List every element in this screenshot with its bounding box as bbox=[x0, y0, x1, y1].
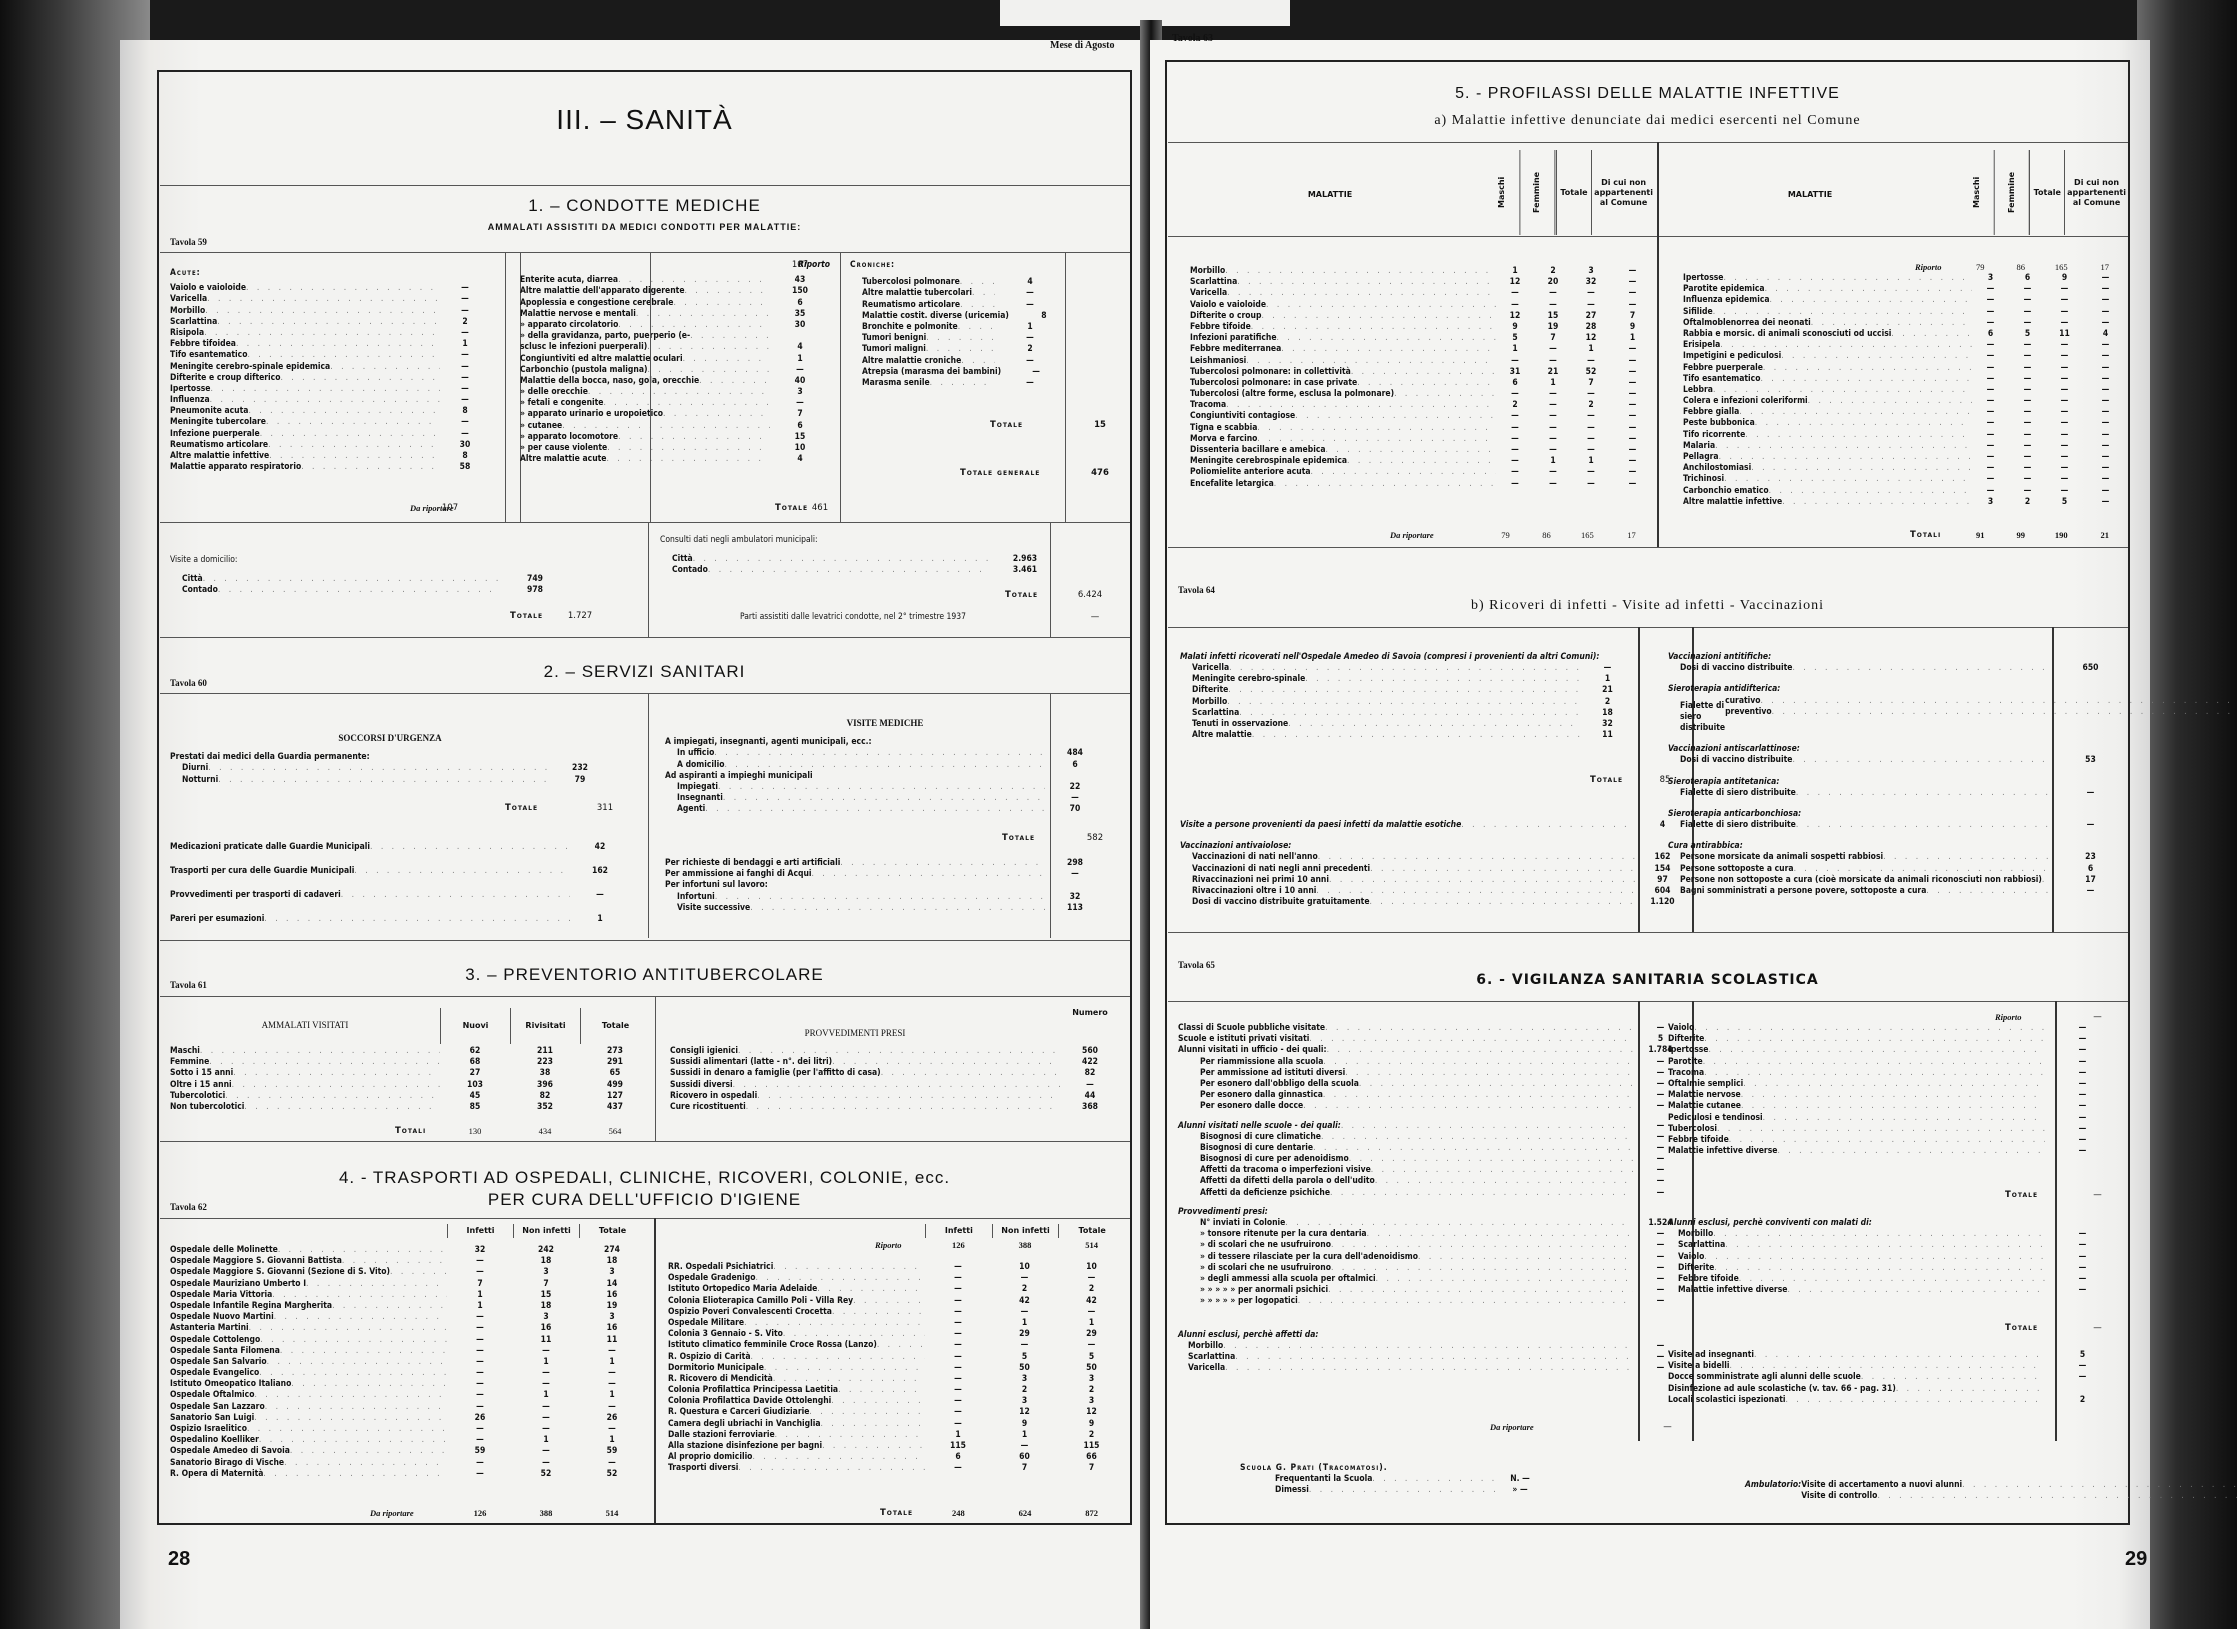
malattia-cell: — bbox=[1972, 295, 2009, 306]
malati-row: Tenuti in osservazione32 bbox=[1192, 719, 1635, 730]
scuole-label: Bisognosi di cure climatiche bbox=[1200, 1132, 1321, 1143]
acute-value: 30 bbox=[440, 440, 490, 451]
vigilanza-malattia-label: Oftalmie semplici bbox=[1668, 1079, 1743, 1090]
provvedimento-value: 82 bbox=[1060, 1068, 1120, 1079]
conviventi-total-label: Totale bbox=[2005, 1323, 2038, 1333]
trasporto-row: RR. Ospedali Psichiatrici—1010 bbox=[668, 1262, 1125, 1273]
ufficio-row: Per ammissione ad istituti diversi— bbox=[1200, 1068, 1688, 1079]
condotte-title: 1. – CONDOTTE MEDICHE bbox=[157, 196, 1132, 216]
antitetanica-value: — bbox=[2053, 788, 2128, 799]
vigilanza-altra-row: Visite a bidelli— bbox=[1668, 1361, 2120, 1372]
trasporto-row: R. Ricovero di Mendicità—33 bbox=[668, 1374, 1125, 1385]
trasporto-cell: 16 bbox=[513, 1323, 579, 1334]
dot-leader bbox=[1331, 1263, 1633, 1274]
trasporto-cell: — bbox=[925, 1307, 991, 1318]
dot-leader bbox=[259, 1368, 447, 1379]
mid-label: Enterite acuta, diarrea bbox=[520, 275, 618, 286]
malattia-cell: — bbox=[2009, 418, 2046, 429]
dot-leader bbox=[370, 842, 570, 853]
trasporto-cell: — bbox=[925, 1419, 991, 1430]
acute-value: — bbox=[440, 306, 490, 317]
antiscarlattinose-label: Dosi di vaccino distribuite bbox=[1680, 755, 1792, 766]
dot-leader bbox=[1330, 1188, 1633, 1199]
dot-leader bbox=[752, 1452, 925, 1463]
antitifiche-value: 650 bbox=[2053, 663, 2128, 674]
trasporto-row: Dalle stazioni ferroviarie112 bbox=[668, 1430, 1125, 1441]
malattia-label: Oftalmoblenorrea dei neonati bbox=[1683, 318, 1811, 329]
malattia-cell: — bbox=[1610, 479, 1655, 490]
malattia-cell: — bbox=[2046, 374, 2083, 385]
trasporto-cell: — bbox=[991, 1441, 1058, 1452]
preventorio-row: Oltre i 15 anni103396499 bbox=[170, 1080, 650, 1091]
antivaiolose-value: 1.120 bbox=[1635, 897, 1690, 908]
dot-leader bbox=[1376, 1274, 1633, 1285]
preventorio-cell: 127 bbox=[580, 1091, 650, 1102]
dot-leader bbox=[200, 1046, 440, 1057]
vigilanza-top-row: Scuole e istituti privati visitati5 bbox=[1178, 1034, 1688, 1045]
trasporto-label: Ospedale Nuovo Martini bbox=[170, 1312, 274, 1323]
preventorio-cell: 103 bbox=[440, 1080, 510, 1091]
preventorio-row: Tubercolotici4582127 bbox=[170, 1091, 650, 1102]
soccorsi: SOCCORSI D'URGENZA Prestati dai medici d… bbox=[170, 733, 610, 786]
preventorio-label: Oltre i 15 anni bbox=[170, 1080, 232, 1091]
visite-value: 749 bbox=[500, 574, 570, 585]
trasporto-cell: 3 bbox=[1058, 1374, 1125, 1385]
dot-leader bbox=[714, 748, 1045, 759]
ufficio-row: Per esonero dalle docce— bbox=[1200, 1101, 1688, 1112]
malattia-row: Altre malattie infettive325— bbox=[1683, 497, 2128, 508]
trasporto-cell: — bbox=[925, 1352, 991, 1363]
profilassi-carry-cell: 79 bbox=[1485, 530, 1526, 540]
trasporto-cell: 16 bbox=[579, 1290, 645, 1301]
dot-leader bbox=[1754, 1350, 2045, 1361]
trasporto-label: Ospedale Amedeo di Savoia bbox=[170, 1446, 290, 1457]
scuola-prati-heading: Scuola G. Prati (Tracomatosi). bbox=[1240, 1463, 1540, 1474]
malattia-cell: — bbox=[2083, 474, 2128, 485]
croniche-label: Atrepsia (marasma dei bambini) bbox=[862, 367, 1001, 378]
croniche-value: — bbox=[995, 300, 1065, 311]
mid-row: Carbonchio (pustola maligna)— bbox=[520, 365, 830, 376]
mid-row: Altre malattie dell'apparato digerente15… bbox=[520, 286, 830, 297]
preventorio-cell: 38 bbox=[510, 1068, 580, 1079]
provv-row: » di tessere rilasciate per la cura dell… bbox=[1200, 1252, 1688, 1263]
dot-leader bbox=[306, 1279, 447, 1290]
malattia-cell: — bbox=[2046, 407, 2083, 418]
dot-leader bbox=[284, 1458, 447, 1469]
group-heading: Sieroterapia anticarbonchiosa: bbox=[1668, 809, 2128, 820]
malattia-cell: — bbox=[2083, 441, 2128, 452]
malattia-cell: — bbox=[2046, 351, 2083, 362]
column-header: Infetti bbox=[447, 1224, 513, 1238]
antirabbica-value: 6 bbox=[2053, 864, 2128, 875]
mid-row: » apparato circolatorio30 bbox=[520, 320, 830, 331]
trasporti-total-cell: 872 bbox=[1058, 1508, 1125, 1518]
scuole-value: — bbox=[1633, 1165, 1688, 1176]
malattia-cell: — bbox=[1572, 411, 1610, 422]
trasporto-cell: — bbox=[513, 1368, 579, 1379]
trasporto-row: Ospedale Militare—11 bbox=[668, 1318, 1125, 1329]
malattia-cell: — bbox=[2009, 374, 2046, 385]
ufficio-label: Per riammissione alla scuola bbox=[1200, 1057, 1323, 1068]
dot-leader bbox=[1229, 663, 1580, 674]
dot-leader bbox=[209, 1057, 440, 1068]
infortuni-label: Visite successive bbox=[677, 903, 750, 914]
dot-leader bbox=[1418, 1252, 1633, 1263]
dot-leader bbox=[1877, 1491, 2237, 1502]
malattia-cell: 3 bbox=[1972, 497, 2009, 508]
preventorio-cell: 68 bbox=[440, 1057, 510, 1068]
trasporto-label: Ospedale San Lazzaro bbox=[170, 1402, 265, 1413]
antirabbica-label: Bagni somministrati a persone povere, so… bbox=[1680, 886, 1926, 897]
conviventi-label: Febbre tifoide bbox=[1678, 1274, 1739, 1285]
conviventi-label: Vaiolo bbox=[1678, 1252, 1704, 1263]
provvedimento-label: Ricovero in ospedali bbox=[670, 1091, 757, 1102]
malattia-cell: 2 bbox=[1572, 400, 1610, 411]
malattia-label: Tifo ricorrente bbox=[1683, 430, 1745, 441]
trasporto-label: Colonia Profilattica Principessa Laetiti… bbox=[668, 1385, 838, 1396]
trasporto-cell: — bbox=[991, 1273, 1058, 1284]
dot-leader bbox=[1761, 696, 2237, 707]
dot-leader bbox=[1741, 1101, 2045, 1112]
dot-leader bbox=[1765, 284, 1972, 295]
consulti-total-value: 6.424 bbox=[1060, 590, 1120, 600]
malattia-cell: — bbox=[1496, 389, 1534, 400]
provvedimento-row: Cure ricostituenti368 bbox=[670, 1102, 1120, 1113]
ufficio-label: Per esonero dalle docce bbox=[1200, 1101, 1303, 1112]
visite-domicilio: Visite a domicilio: Città749Contado978 bbox=[170, 555, 570, 597]
infortuni-label: Per infortuni sul lavoro: bbox=[665, 880, 1105, 891]
dot-leader bbox=[1326, 445, 1496, 456]
acute-label: Pneumonite acuta bbox=[170, 406, 248, 417]
malattia-cell: 2 bbox=[2009, 497, 2046, 508]
malattia-cell: — bbox=[1610, 467, 1655, 478]
malattia-cell: — bbox=[2046, 452, 2083, 463]
preventorio-cell: 82 bbox=[510, 1091, 580, 1102]
mid-row: Enterite acuta, diarrea43 bbox=[520, 275, 830, 286]
group-heading: Sieroterapia antidifterica: bbox=[1668, 684, 2128, 695]
malattia-cell: 3 bbox=[1972, 273, 2009, 284]
preventorio-cell: 65 bbox=[580, 1068, 650, 1079]
dot-leader bbox=[1303, 1101, 1633, 1112]
provvedimento-row: Consigli igienici560 bbox=[670, 1046, 1120, 1057]
malattia-cell: 12 bbox=[1496, 311, 1534, 322]
dot-leader bbox=[647, 365, 770, 376]
malattia-cell: — bbox=[1610, 367, 1655, 378]
vigilanza-left: Classi di Scuole pubbliche visitate—Scuo… bbox=[1178, 1023, 1688, 1374]
trasporto-cell: 26 bbox=[447, 1413, 513, 1424]
trasporto-label: Ospedale Gradenigo bbox=[668, 1273, 755, 1284]
croniche-value: — bbox=[995, 378, 1065, 389]
mid-value: 10 bbox=[770, 443, 830, 454]
vigilanza-top-label: Classi di Scuole pubbliche visitate bbox=[1178, 1023, 1325, 1034]
croniche-value: 1 bbox=[995, 322, 1065, 333]
malattia-cell: — bbox=[2046, 363, 2083, 374]
acute-row: Meningite tubercolare— bbox=[170, 417, 490, 428]
dot-leader bbox=[1720, 340, 1972, 351]
dot-leader bbox=[217, 317, 440, 328]
mid-label: » per cause violente bbox=[520, 443, 607, 454]
antivaiolose-label: Rivaccinazioni nei primi 10 anni bbox=[1192, 875, 1329, 886]
dot-leader bbox=[1367, 1229, 1633, 1240]
scuola-prati-row: Dimessi» — bbox=[1275, 1485, 1540, 1496]
acute-label: Tifo esantematico bbox=[170, 350, 247, 361]
malati-label: Varicella bbox=[1192, 663, 1229, 674]
scuole-row: Affetti da deficienze psichiche— bbox=[1200, 1188, 1688, 1199]
profilassi-carry-cell: 17 bbox=[2081, 262, 2128, 272]
malattia-row: Oftalmoblenorrea dei neonati———— bbox=[1683, 318, 2128, 329]
malattia-cell: — bbox=[1610, 456, 1655, 467]
malattia-cell: — bbox=[1972, 363, 2009, 374]
mid-row: Congiuntiviti ed altre malattie oculari1 bbox=[520, 354, 830, 365]
mid-label: Carbonchio (pustola maligna) bbox=[520, 365, 647, 376]
malattia-row: Peste bubbonica———— bbox=[1683, 418, 2128, 429]
malattia-cell: — bbox=[1610, 423, 1655, 434]
aspiranti-label: Agenti bbox=[677, 804, 705, 815]
malattia-cell: 31 bbox=[1496, 367, 1534, 378]
preventorio-total-label: Totali bbox=[395, 1126, 426, 1136]
vigilanza-riporto-value: — bbox=[2075, 1012, 2120, 1022]
dot-leader bbox=[1372, 1474, 1500, 1485]
malattia-cell: — bbox=[2083, 340, 2128, 351]
malattia-cell: — bbox=[2009, 284, 2046, 295]
visite-row: Contado978 bbox=[182, 585, 570, 596]
acute-label: Meningite cerebro-spinale epidemica bbox=[170, 362, 330, 373]
croniche-row: Tumori maligni2 bbox=[862, 344, 1065, 355]
malattia-label: Colera e infezioni coleriformi bbox=[1683, 396, 1808, 407]
trasporto-cell: — bbox=[579, 1458, 645, 1469]
preventorio-total-cell: 130 bbox=[440, 1126, 510, 1136]
malattia-cell: — bbox=[2009, 486, 2046, 497]
dot-leader bbox=[1252, 730, 1580, 741]
dot-leader bbox=[1743, 1079, 2045, 1090]
croniche-row: Malattie costit. diverse (uricemia)8 bbox=[862, 311, 1065, 322]
trasporto-label: Ospedale Mauriziano Umberto I bbox=[170, 1279, 306, 1290]
vigilanza-altra-row: Visite ad insegnanti5 bbox=[1668, 1350, 2120, 1361]
malattia-cell: — bbox=[2046, 486, 2083, 497]
croniche-row: Tumori benigni— bbox=[862, 333, 1065, 344]
dot-leader bbox=[685, 286, 770, 297]
malattia-cell: 19 bbox=[1534, 322, 1572, 333]
provv-row: » di scolari che ne usufruirono— bbox=[1200, 1240, 1688, 1251]
antivaiolose-label: Dosi di vaccino distribuite gratuitament… bbox=[1192, 897, 1370, 908]
trasporto-row: R. Questura e Carceri Giudiziarie—1212 bbox=[668, 1407, 1125, 1418]
dot-leader bbox=[1794, 864, 2053, 875]
dot-leader bbox=[1781, 351, 1972, 362]
antivaiolose-row: Vaccinazioni di nati nell'anno162 bbox=[1192, 852, 1690, 863]
trasporto-cell: 115 bbox=[925, 1441, 991, 1452]
trasporto-cell: 1 bbox=[991, 1318, 1058, 1329]
malattia-row: Febbre mediterranea1—1— bbox=[1190, 344, 1655, 355]
antirabbica-row: Persone morsicate da animali sospetti ra… bbox=[1668, 852, 2128, 863]
trasporto-row: Ospedale Nuovo Martini—33 bbox=[170, 1312, 645, 1323]
malattia-row: Erisipela———— bbox=[1683, 340, 2128, 351]
acute-label: Malattie apparato respiratorio bbox=[170, 462, 301, 473]
trasporto-label: Istituto climatico femminile Croce Rossa… bbox=[668, 1340, 877, 1351]
esclusi-heading: Alunni esclusi, perchè affetti da: bbox=[1178, 1330, 1688, 1341]
provvedimento-value: 422 bbox=[1060, 1057, 1120, 1068]
malattia-cell: — bbox=[2046, 418, 2083, 429]
trasporto-row: Ospedale Cottolengo—1111 bbox=[170, 1335, 645, 1346]
antiscarlattinose-row: Dosi di vaccino distribuite53 bbox=[1668, 755, 2128, 766]
mid-total-value: 461 bbox=[800, 503, 840, 513]
trasporto-cell: 9 bbox=[991, 1419, 1058, 1430]
malattia-row: Scarlattina122032— bbox=[1190, 277, 1655, 288]
dot-leader bbox=[1755, 418, 1972, 429]
trasporto-label: Ospizio Poveri Convalescenti Crocetta bbox=[668, 1307, 832, 1318]
trasporto-cell: — bbox=[447, 1402, 513, 1413]
malati-label: Meningite cerebro-spinale bbox=[1192, 674, 1305, 685]
dot-leader bbox=[268, 440, 440, 451]
dot-leader bbox=[1226, 400, 1496, 411]
malattia-cell: — bbox=[2083, 396, 2128, 407]
ambulatorio-label: Ambulatorio: bbox=[1745, 1480, 1801, 1502]
trasporto-row: Al proprio domicilio66066 bbox=[668, 1452, 1125, 1463]
dot-leader bbox=[1713, 1229, 2045, 1240]
vigilanza-altra-label: Disinfezione ad aule scolastiche (v. tav… bbox=[1668, 1384, 1896, 1395]
malattia-cell: — bbox=[1572, 288, 1610, 299]
trasporto-cell: — bbox=[447, 1312, 513, 1323]
malattia-label: Peste bubbonica bbox=[1683, 418, 1755, 429]
page-number-left: 28 bbox=[168, 1548, 190, 1571]
acute-row: Infezione puerperale— bbox=[170, 429, 490, 440]
trasporto-cell: — bbox=[925, 1396, 991, 1407]
trasporto-label: Ospedale Maria Vittoria bbox=[170, 1290, 272, 1301]
scuole-label: Affetti da deficienze psichiche bbox=[1200, 1188, 1330, 1199]
preventorio-title: 3. – PREVENTORIO ANTITUBERCOLARE bbox=[157, 965, 1132, 985]
trasporti-right-table: RR. Ospedali Psichiatrici—1010Ospedale G… bbox=[668, 1262, 1125, 1475]
malattia-cell: — bbox=[1610, 288, 1655, 299]
trasporto-label: Sanatorio San Luigi bbox=[170, 1413, 254, 1424]
trasporto-cell: — bbox=[513, 1446, 579, 1457]
trasporto-cell: 11 bbox=[513, 1335, 579, 1346]
visite-heading: Visite a domicilio: bbox=[170, 555, 570, 566]
column-header: Totale bbox=[1058, 1224, 1125, 1238]
scuole-label: Affetti da difetti della parola o dell'u… bbox=[1200, 1176, 1375, 1187]
mid-label: » cutanee bbox=[520, 421, 562, 432]
trasporti-carry-cell: 514 bbox=[1058, 1240, 1125, 1250]
dot-leader bbox=[1962, 1480, 2237, 1491]
trasporto-label: Ospedalino Koelliker bbox=[170, 1435, 259, 1446]
malati-value: 18 bbox=[1580, 708, 1635, 719]
malattia-cell: — bbox=[2046, 441, 2083, 452]
dot-leader bbox=[1787, 1285, 2045, 1296]
malattia-cell: — bbox=[2046, 307, 2083, 318]
malattia-row: Congiuntiviti contagiose———— bbox=[1190, 411, 1655, 422]
malattia-cell: — bbox=[1534, 389, 1572, 400]
trasporti-carry-cell: 388 bbox=[513, 1508, 579, 1518]
dot-leader bbox=[1327, 1045, 1633, 1056]
antivaiolose-row: Rivaccinazioni nei primi 10 anni97 bbox=[1192, 875, 1690, 886]
dot-leader bbox=[1729, 1135, 2045, 1146]
trasporto-cell: 3 bbox=[579, 1267, 645, 1278]
consulti-label: Contado bbox=[672, 565, 708, 576]
dot-leader bbox=[606, 454, 770, 465]
croniche-label: Tumori maligni bbox=[862, 344, 926, 355]
trasporto-cell: 12 bbox=[1058, 1407, 1125, 1418]
malattia-cell: — bbox=[1572, 389, 1610, 400]
antidifterica-item-label: curativo bbox=[1725, 696, 1760, 707]
malattia-row: Poliomielite anteriore acuta———— bbox=[1190, 467, 1655, 478]
malattia-cell: 1 bbox=[1610, 333, 1655, 344]
provvedimento-value: — bbox=[1060, 1080, 1120, 1091]
malattia-cell: — bbox=[2046, 295, 2083, 306]
trasporto-cell: — bbox=[991, 1307, 1058, 1318]
malattia-label: Altre malattie infettive bbox=[1683, 497, 1782, 508]
acute-value: 1 bbox=[440, 339, 490, 350]
dot-leader bbox=[1861, 1372, 2045, 1383]
malattia-cell: — bbox=[1572, 467, 1610, 478]
mid-row: Altre malattie acute4 bbox=[520, 454, 830, 465]
servizi-other-value: 42 bbox=[570, 842, 630, 853]
visite-mediche-heading: VISITE MEDICHE bbox=[665, 718, 1105, 729]
malattia-label: Trichinosi bbox=[1683, 474, 1724, 485]
dot-leader bbox=[1246, 356, 1496, 367]
trasporto-row: Ospedale Amedeo di Savoia59—59 bbox=[170, 1446, 645, 1457]
dot-leader bbox=[341, 890, 570, 901]
mid-value: 150 bbox=[770, 286, 830, 297]
dot-leader bbox=[301, 462, 440, 473]
malattia-label: Carbonchio ematico bbox=[1683, 486, 1769, 497]
malattia-cell: — bbox=[1972, 307, 2009, 318]
malattia-cell: — bbox=[1972, 396, 2009, 407]
acute-label: Scarlattina bbox=[170, 317, 217, 328]
mid-value: 6 bbox=[770, 421, 830, 432]
dot-leader bbox=[783, 1329, 925, 1340]
visite-altre: Per richieste di bendaggi e arti artific… bbox=[665, 858, 1105, 914]
trasporto-cell: 2 bbox=[1058, 1385, 1125, 1396]
conviventi: Alunni esclusi, perchè conviventi con ma… bbox=[1668, 1218, 2120, 1296]
malattia-label: Tubercolosi polmonare: in collettività bbox=[1190, 367, 1351, 378]
malati-row: Difterite21 bbox=[1192, 685, 1635, 696]
provv-value: — bbox=[1633, 1296, 1688, 1307]
trasporto-row: Colonia Elioterapica Camillo Poli - Vill… bbox=[668, 1296, 1125, 1307]
malattia-cell: — bbox=[1534, 356, 1572, 367]
trasporto-cell: — bbox=[925, 1262, 991, 1273]
trasporto-cell: 19 bbox=[579, 1301, 645, 1312]
prestati-row: Notturni79 bbox=[182, 775, 610, 786]
dot-leader bbox=[718, 782, 1045, 793]
malattia-label: Malaria bbox=[1683, 441, 1715, 452]
profilassi-carry-cell: 165 bbox=[2041, 262, 2081, 272]
preventorio-cell: 211 bbox=[510, 1046, 580, 1057]
trasporto-label: Dormitorio Municipale bbox=[668, 1363, 764, 1374]
ambulatorio-row: Visite di controllo» — bbox=[1801, 1491, 2237, 1502]
malattia-cell: — bbox=[1972, 351, 2009, 362]
consulti-label: Città bbox=[672, 554, 693, 565]
provv-label: » » » » » per anormali psichici bbox=[1200, 1285, 1328, 1296]
impiegati-row: In ufficio484 bbox=[677, 748, 1105, 759]
croniche-total-value: 15 bbox=[1080, 420, 1120, 430]
visite-value: 978 bbox=[500, 585, 570, 596]
dot-leader bbox=[278, 1245, 447, 1256]
profilassi-total-label: Totali bbox=[1910, 530, 1941, 540]
croniche-label: Tubercolosi polmonare bbox=[862, 277, 960, 288]
croniche-label: Marasma senile bbox=[862, 378, 930, 389]
dot-leader bbox=[246, 283, 440, 294]
dot-leader bbox=[733, 1080, 1060, 1091]
vigilanza-malattia-row: Difterite— bbox=[1668, 1034, 2120, 1045]
trasporto-cell: 1 bbox=[579, 1390, 645, 1401]
dot-leader bbox=[1288, 719, 1580, 730]
malattia-cell: 5 bbox=[2009, 329, 2046, 340]
riporto-value: 107 bbox=[780, 260, 820, 270]
dot-leader bbox=[647, 342, 770, 353]
mid-value: — bbox=[770, 365, 830, 376]
dot-leader bbox=[1708, 1045, 2045, 1056]
dot-leader bbox=[1351, 367, 1496, 378]
acute-row: Influenza— bbox=[170, 395, 490, 406]
malattia-row: Tifo ricorrente———— bbox=[1683, 430, 2128, 441]
